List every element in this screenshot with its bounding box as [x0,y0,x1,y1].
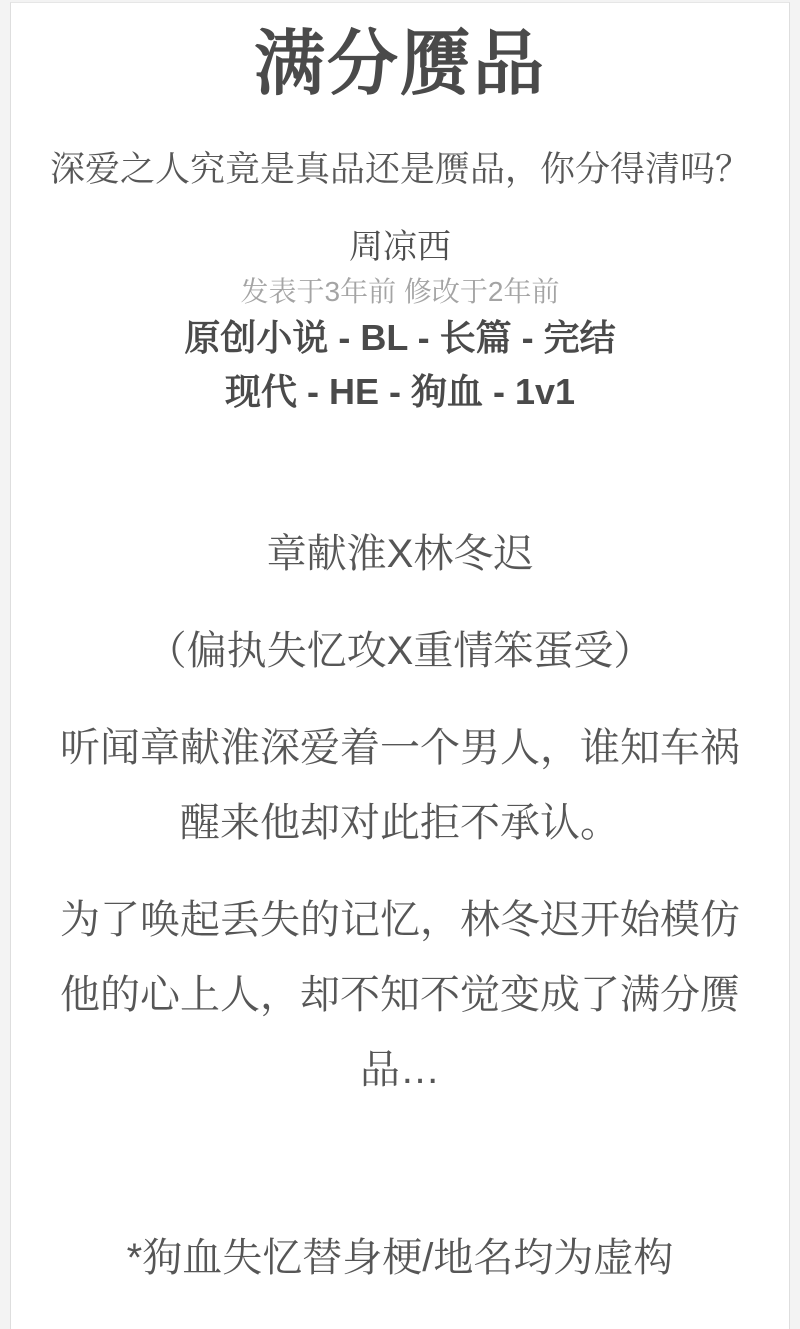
pairing-note: （偏执失忆攻X重情笨蛋受） [51,614,749,689]
footnote-disclaimer: *狗血失忆替身梗/地名均为虚构 [51,1233,749,1283]
story-title: 满分赝品 [11,25,789,105]
synopsis-section: 章献淮X林冬迟 （偏执失忆攻X重情笨蛋受） 听闻章献淮深爱着一个男人，谁知车祸醒… [11,417,789,1283]
tags-primary: 原创小说 - BL - 长篇 - 完结 [11,313,789,363]
author-name: 周凉西 [11,227,789,267]
synopsis-paragraph-1: 听闻章献淮深爱着一个男人，谁知车祸醒来他却对此拒不承认。 [51,711,749,861]
cp-line: 章献淮X林冬迟 [51,517,749,592]
story-tagline: 深爱之人究竟是真品还是赝品，你分得清吗？ [11,147,789,193]
tags-secondary: 现代 - HE - 狗血 - 1v1 [11,367,789,417]
synopsis-paragraph-2: 为了唤起丢失的记忆，林冬迟开始模仿他的心上人，却不知不觉变成了满分赝品… [51,883,749,1108]
publish-meta: 发表于3年前 修改于2年前 [11,275,789,309]
story-card: 满分赝品 深爱之人究竟是真品还是赝品，你分得清吗？ 周凉西 发表于3年前 修改于… [10,2,790,1329]
page-background: 满分赝品 深爱之人究竟是真品还是赝品，你分得清吗？ 周凉西 发表于3年前 修改于… [0,0,800,1329]
